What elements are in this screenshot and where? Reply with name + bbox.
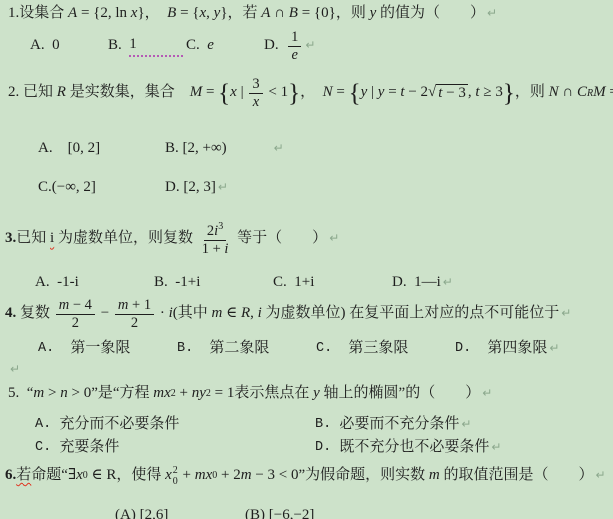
text-segment: | bbox=[367, 83, 378, 103]
option-item: C. 1+i bbox=[273, 273, 392, 293]
text-segment: }，若 bbox=[220, 4, 261, 24]
text-segment: 等于（ ） bbox=[233, 229, 327, 249]
text-segment: 为虚数单位，则复数 bbox=[54, 229, 197, 249]
text-segment: ，则 bbox=[515, 83, 549, 103]
option-item: D. 1—i↵ bbox=[392, 273, 453, 293]
text-segment: C. bbox=[316, 340, 348, 358]
text-segment: − 3 < 0”为假命题，则实数 bbox=[252, 466, 429, 486]
text-segment: 1 bbox=[129, 35, 183, 57]
text-segment: 1 bbox=[291, 29, 298, 45]
option-item: B. 第二象限 bbox=[177, 339, 316, 359]
text-segment: − 4 bbox=[69, 297, 92, 313]
option-item: C. 第三象限 bbox=[316, 339, 455, 359]
text-segment: B bbox=[167, 4, 176, 24]
text-segment: · bbox=[156, 304, 169, 324]
text-segment: D. 1—i bbox=[392, 273, 441, 293]
text-segment: B bbox=[289, 4, 298, 24]
text-segment: m bbox=[429, 466, 440, 486]
text-segment: 第一象限 bbox=[70, 339, 130, 359]
empty-paragraph-mark: ↵ bbox=[8, 362, 20, 378]
text-segment: 1.设集合 bbox=[8, 4, 68, 24]
text-segment: x bbox=[165, 466, 172, 486]
text-segment: ∃ bbox=[68, 466, 76, 486]
text-segment: x bbox=[253, 94, 259, 110]
text-segment: C. bbox=[35, 439, 59, 457]
text-segment: e bbox=[207, 36, 214, 56]
text-segment: , bbox=[468, 83, 476, 103]
text-segment: ∩ bbox=[559, 83, 577, 103]
text-segment: = bbox=[333, 83, 349, 103]
text-segment: B. [2, +∞) bbox=[165, 139, 227, 159]
text-segment: y bbox=[370, 4, 377, 24]
text-segment: 若 bbox=[16, 466, 31, 486]
option-item: D. 第四象限↵ bbox=[455, 339, 559, 359]
text-segment: ∈ bbox=[222, 304, 241, 324]
question-5-stem: 5. “m > n > 0”是“方程 mx2 + ny2 = 1表示焦点在 y … bbox=[8, 384, 492, 404]
text-segment: 第四象限 bbox=[487, 339, 547, 359]
text-segment: B. -1+i bbox=[154, 273, 200, 293]
option-item: A. [0, 2] bbox=[38, 139, 165, 159]
text-segment: , bbox=[250, 304, 258, 324]
text-segment: = {0}，则 bbox=[298, 4, 370, 24]
text-segment: mx bbox=[195, 466, 213, 486]
option-item: (B) [−6,−2] bbox=[245, 506, 314, 519]
paragraph-return-mark: ↵ bbox=[10, 362, 20, 378]
fraction: m − 42 bbox=[56, 297, 95, 331]
question-2-options-row-2: C.(−∞, 2]D. [2, 3]↵ bbox=[38, 178, 228, 198]
text-segment: x bbox=[199, 4, 206, 24]
text-segment: 为虚数单位) 在复平面上对应的点不可能位于 bbox=[262, 304, 560, 324]
text-segment: 充要条件 bbox=[59, 438, 119, 458]
text-segment: A. bbox=[38, 340, 70, 358]
text-segment: < 1 bbox=[265, 83, 288, 103]
text-segment: M bbox=[593, 83, 606, 103]
text-segment: i bbox=[224, 241, 228, 257]
text-segment: m bbox=[212, 304, 223, 324]
paragraph-return-mark: ↵ bbox=[491, 440, 501, 456]
text-segment: C. 1+i bbox=[273, 273, 314, 293]
option-item: (A) [2,6] bbox=[115, 506, 245, 519]
text-segment: R bbox=[57, 83, 66, 103]
text-segment: + bbox=[179, 466, 195, 486]
fraction: 3x bbox=[249, 76, 262, 110]
question-4-stem: 4. 复数 m − 42 − m + 12 · i(其中 m ∈ R, i 为虚… bbox=[5, 297, 571, 331]
text-segment: (B) [−6,−2] bbox=[245, 506, 314, 519]
fraction: m + 12 bbox=[115, 297, 154, 331]
question-6-options-partial: (A) [2,6](B) [−6,−2] bbox=[115, 506, 314, 519]
text-segment: | bbox=[237, 83, 248, 103]
question-5-options-row-1: A. 充分而不必要条件B. 必要而不充分条件↵ bbox=[35, 415, 471, 435]
text-segment: D. bbox=[455, 340, 487, 358]
text-segment: C.(−∞, 2] bbox=[38, 178, 96, 198]
text-segment: } bbox=[288, 81, 300, 106]
text-segment: N bbox=[549, 83, 559, 103]
text-segment: n bbox=[60, 384, 68, 404]
option-item: D. [2, 3]↵ bbox=[165, 178, 228, 198]
question-5-options-row-2: C. 充要条件D. 既不充分也不必要条件↵ bbox=[35, 438, 501, 458]
paragraph-return-mark: ↵ bbox=[487, 6, 497, 22]
option-item: C.(−∞, 2] bbox=[38, 178, 165, 198]
text-segment: − bbox=[97, 304, 113, 324]
paragraph-return-mark: ↵ bbox=[596, 468, 606, 484]
paragraph-return-mark: ↵ bbox=[482, 386, 492, 402]
text-segment: 是实数集，集合 bbox=[66, 83, 190, 103]
option-item: D. 1e↵ bbox=[264, 29, 315, 63]
text-segment: B. bbox=[177, 340, 209, 358]
question-3-stem: 3.已知 i 为虚数单位，则复数 2i31 + i 等于（ ）↵ bbox=[5, 221, 339, 257]
option-item: C. e bbox=[186, 36, 264, 56]
text-segment: 的取值范围是（ ） bbox=[440, 466, 594, 486]
option-item: B. [2, +∞) ↵ bbox=[165, 139, 284, 159]
text-segment: 充分而不必要条件 bbox=[59, 415, 179, 435]
text-segment: = {2, ln bbox=[77, 4, 131, 24]
text-segment: B. bbox=[315, 416, 339, 434]
text-segment: A. -1-i bbox=[35, 273, 79, 293]
text-segment: { bbox=[218, 81, 230, 106]
paragraph-return-mark: ↵ bbox=[218, 180, 228, 196]
paragraph-return-mark: ↵ bbox=[549, 341, 559, 357]
sup-sub-stack: 20 bbox=[173, 466, 178, 487]
text-segment: C. bbox=[186, 36, 207, 56]
text-segment: 2 bbox=[131, 315, 138, 331]
document-page[interactable]: 1.设集合 A = {2, ln x}， B = {x, y}，若 A ∩ B … bbox=[0, 0, 613, 519]
text-segment: = ( bbox=[606, 83, 613, 103]
text-segment: > 0”是“方程 bbox=[68, 384, 154, 404]
question-4-options: A. 第一象限B. 第二象限C. 第三象限D. 第四象限↵ bbox=[38, 339, 559, 359]
option-item: A. -1-i bbox=[35, 273, 154, 293]
text-segment: − 3 bbox=[442, 85, 465, 101]
text-segment: 既不充分也不必要条件 bbox=[339, 438, 489, 458]
text-segment: 复数 bbox=[16, 304, 54, 324]
text-segment: D. bbox=[264, 36, 286, 56]
text-segment: 4. bbox=[5, 304, 16, 324]
text-segment: A. bbox=[35, 416, 59, 434]
option-item: D. 既不充分也不必要条件↵ bbox=[315, 438, 501, 458]
text-segment: ∈ R，使得 bbox=[88, 466, 165, 486]
text-segment: 5. “ bbox=[8, 384, 33, 404]
text-segment: A. 0 bbox=[30, 36, 60, 56]
question-3-options: A. -1-iB. -1+iC. 1+iD. 1—i↵ bbox=[35, 273, 453, 293]
option-item: A. 0 bbox=[30, 36, 108, 56]
text-segment: A. [0, 2] bbox=[38, 139, 100, 159]
text-segment: 已知 bbox=[16, 229, 50, 249]
text-segment: > bbox=[44, 384, 60, 404]
text-segment: 6. bbox=[5, 466, 16, 486]
text-segment: 3. bbox=[5, 229, 16, 249]
text-segment: m bbox=[59, 297, 69, 313]
text-segment: 第三象限 bbox=[348, 339, 408, 359]
text-segment: C bbox=[577, 83, 587, 103]
text-segment: = { bbox=[176, 4, 199, 24]
text-segment: y bbox=[361, 83, 368, 103]
text-segment: ∩ bbox=[270, 4, 288, 24]
text-segment: D. bbox=[315, 439, 339, 457]
text-segment: 1 + bbox=[202, 241, 225, 257]
text-segment: }， bbox=[137, 4, 167, 24]
text-segment: y bbox=[378, 83, 385, 103]
text-segment: 必要而不充分条件 bbox=[339, 415, 459, 435]
text-segment: A bbox=[261, 4, 270, 24]
text-segment: m bbox=[33, 384, 44, 404]
paragraph-return-mark: ↵ bbox=[461, 417, 471, 433]
text-segment: B. bbox=[108, 36, 129, 56]
text-segment: (A) [2,6] bbox=[115, 506, 168, 519]
fraction: 1e bbox=[288, 29, 301, 63]
text-segment: } bbox=[503, 81, 515, 106]
question-2-options-row-1: A. [0, 2]B. [2, +∞) ↵ bbox=[38, 139, 284, 159]
option-item: A. 第一象限 bbox=[38, 339, 177, 359]
paragraph-return-mark: ↵ bbox=[561, 306, 571, 322]
question-6-stem: 6.若命题“∃x0 ∈ R，使得 x20 + mx0 + 2m − 3 < 0”… bbox=[5, 465, 606, 486]
text-segment: y bbox=[313, 384, 320, 404]
text-segment: 3 bbox=[252, 76, 259, 92]
paragraph-return-mark: ↵ bbox=[443, 275, 453, 291]
text-segment: x bbox=[76, 466, 83, 486]
text-segment: 第二象限 bbox=[209, 339, 269, 359]
text-segment: e bbox=[292, 47, 298, 63]
option-item: B. 必要而不充分条件↵ bbox=[315, 415, 471, 435]
paragraph-return-mark: ↵ bbox=[274, 141, 284, 157]
text-segment: , bbox=[206, 4, 214, 24]
text-segment: = bbox=[202, 83, 218, 103]
text-segment: + bbox=[176, 384, 192, 404]
superscript: 3 bbox=[218, 221, 223, 232]
option-item: B. -1+i bbox=[154, 273, 273, 293]
question-1-stem: 1.设集合 A = {2, ln x}， B = {x, y}，若 A ∩ B … bbox=[8, 4, 497, 24]
text-segment: ≥ 3 bbox=[480, 83, 503, 103]
text-segment: R bbox=[241, 304, 250, 324]
option-item: B. 1 bbox=[108, 35, 186, 57]
text-segment: 命题“ bbox=[31, 466, 68, 486]
radical: √t − 3 bbox=[428, 84, 468, 102]
text-segment: m bbox=[241, 466, 252, 486]
text-segment: (其中 bbox=[173, 304, 212, 324]
text-segment: = bbox=[384, 83, 400, 103]
text-segment: m bbox=[118, 297, 128, 313]
text-segment: { bbox=[349, 81, 361, 106]
text-segment: + 2 bbox=[217, 466, 240, 486]
paragraph-return-mark: ↵ bbox=[329, 231, 339, 247]
text-segment: 2 bbox=[72, 315, 79, 331]
text-segment: = 1表示焦点在 bbox=[211, 384, 313, 404]
text-segment: ， bbox=[300, 83, 323, 103]
paragraph-return-mark: ↵ bbox=[305, 38, 315, 54]
text-segment: 轴上的椭圆”的（ ） bbox=[320, 384, 480, 404]
question-2-stem: 2. 已知 R 是实数集，集合 M = {x | 3x < 1}， N = {y… bbox=[8, 76, 613, 110]
text-segment: x bbox=[230, 83, 237, 103]
text-segment: x bbox=[131, 4, 138, 24]
option-item: A. 充分而不必要条件 bbox=[35, 415, 315, 435]
text-segment: A bbox=[68, 4, 77, 24]
text-segment: y bbox=[214, 4, 221, 24]
text-segment: D. [2, 3] bbox=[165, 178, 216, 198]
option-item: C. 充要条件 bbox=[35, 438, 315, 458]
text-segment: M bbox=[190, 83, 203, 103]
text-segment: N bbox=[323, 83, 333, 103]
text-segment: 的值为（ ） bbox=[376, 4, 485, 24]
fraction: 2i31 + i bbox=[199, 221, 232, 257]
text-segment: − 2 bbox=[405, 83, 428, 103]
text-segment bbox=[227, 139, 272, 159]
question-1-options: A. 0B. 1C. eD. 1e↵ bbox=[30, 29, 315, 63]
text-segment: ny bbox=[192, 384, 206, 404]
text-segment: mx bbox=[153, 384, 171, 404]
text-segment: + 1 bbox=[128, 297, 151, 313]
text-segment: 2. 已知 bbox=[8, 83, 57, 103]
